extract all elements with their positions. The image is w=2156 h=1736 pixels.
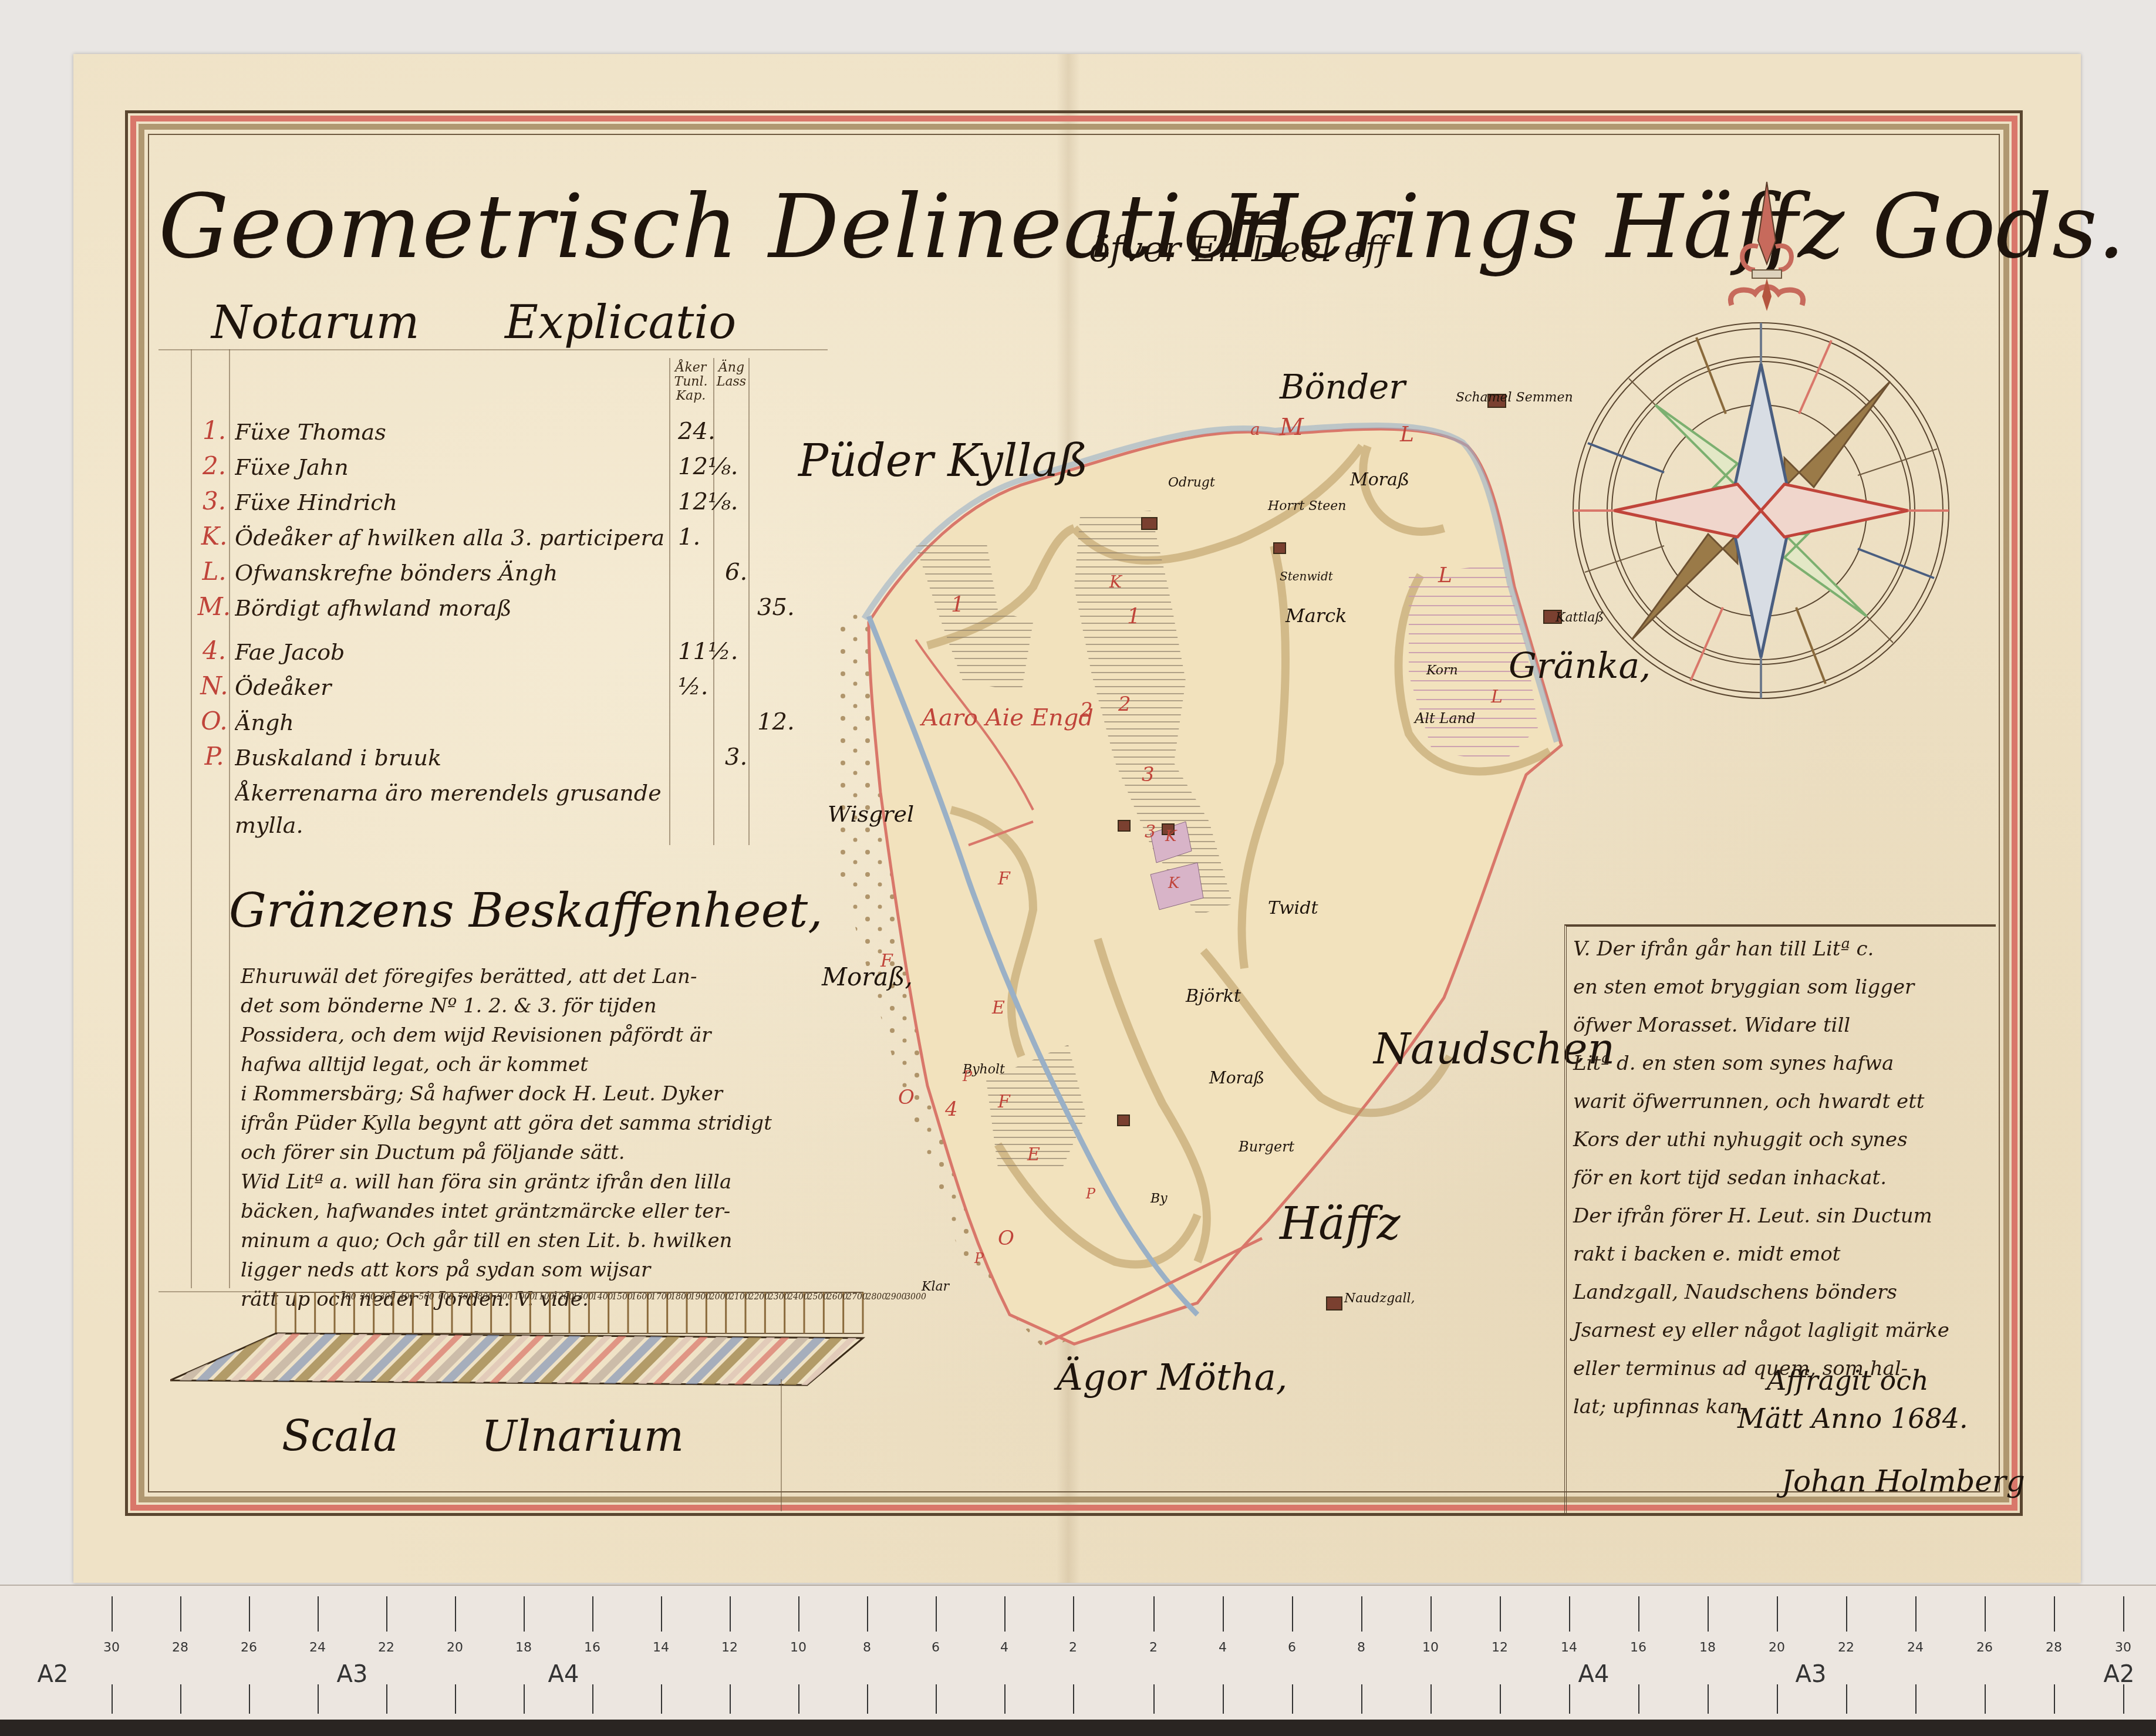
ruler-number: 12: [1492, 1640, 1508, 1655]
boundary-text-line: Ehuruwäl det föregifes berätted, att det…: [241, 962, 816, 991]
ruler-tick: [1708, 1684, 1709, 1714]
boundary-text-line: det som bönderne Nº 1. 2. & 3. för tijde…: [241, 992, 816, 1020]
scale-tick-label: 1300: [573, 1292, 594, 1302]
lot-letter: 3: [1142, 763, 1155, 786]
scale-tick-label: 1900: [690, 1292, 711, 1302]
legend-text: Ödeåker: [235, 674, 804, 700]
lot-letter: F: [998, 869, 1010, 889]
label-morass-mid: Moraß: [1209, 1068, 1264, 1087]
legend-value-ang: 3.: [725, 744, 747, 771]
scale-tick-label: 2200: [749, 1292, 770, 1302]
lot-letter: O: [898, 1086, 915, 1109]
ruler-tick: [1846, 1684, 1847, 1714]
lot-letter: K: [1165, 828, 1176, 845]
lot-letter: P: [974, 1250, 984, 1266]
boundary-description-heading: Gränzens Beskaffenheet,: [229, 883, 823, 938]
legend-key: M.: [194, 592, 235, 621]
ruler-number: 30: [2115, 1640, 2131, 1655]
notes-line: warit öfwerrunnen, och hwardt ett: [1573, 1083, 1990, 1121]
ruler-tick: [180, 1684, 181, 1714]
label-granka: Gränka,: [1509, 646, 1651, 687]
boundary-text-line: ifrån Püder Kylla begynt att göra det sa…: [241, 1109, 816, 1137]
lot-letter: 1: [951, 593, 964, 617]
legend-row: Åkerrenarna äro merendels grusande: [194, 772, 804, 806]
boundary-text-line: Possidera, och dem wijd Revisionen påför…: [241, 1021, 816, 1049]
ruler-tick: [1915, 1596, 1917, 1632]
ruler-tick: [730, 1596, 731, 1632]
legend-row: M.Bördigt afhwland moraß35.: [194, 587, 804, 621]
notes-line: Der ifrån förer H. Leut. sin Ductum: [1573, 1197, 1990, 1235]
label-morass-north: Moraß: [1350, 470, 1409, 490]
ruler-number: 6: [932, 1640, 940, 1655]
scale-tick-label: 1400: [592, 1292, 613, 1302]
lot-letter: 2: [1080, 698, 1093, 722]
label-bonder: Bönder: [1280, 367, 1405, 407]
label-burgert: Burgert: [1239, 1139, 1294, 1155]
label-puder-kyllas: Püder Kyllaß: [798, 434, 1088, 487]
ruler-tick: [798, 1596, 799, 1632]
ruler-number: 20: [447, 1640, 463, 1655]
label-twidt: Twidt: [1268, 898, 1318, 918]
signature-surveyor-name: Johan Holmberg: [1782, 1464, 2025, 1498]
ruler-tick: [524, 1596, 525, 1632]
ruler-tick: [455, 1596, 456, 1632]
ruler-number: 22: [378, 1640, 394, 1655]
lot-letter: M: [1280, 414, 1304, 441]
ruler-tick: [592, 1596, 593, 1632]
ruler-tick: [1430, 1596, 1432, 1632]
ruler-tick: [112, 1684, 113, 1714]
ruler-tick: [1915, 1684, 1917, 1714]
lot-letter: E: [992, 998, 1005, 1018]
scale-tick-label: 1500: [612, 1292, 633, 1302]
ruler-number: 26: [1976, 1640, 1993, 1655]
ruler-tick: [1292, 1596, 1293, 1632]
scale-tick-label: 100: [340, 1292, 356, 1302]
legend-row: L.Ofwanskrefne bönders Ängh6.: [194, 552, 804, 586]
legend-value-aker: ½.: [678, 673, 708, 700]
ruler-base-shadow: [0, 1720, 2156, 1736]
ruler-number: 24: [309, 1640, 326, 1655]
notes-line: V. Der ifrån går han till Litª c.: [1573, 930, 1990, 968]
scale-label-scala: Scala: [282, 1411, 399, 1461]
lot-letter: L: [1400, 423, 1414, 447]
paper-format-label: A2: [2104, 1661, 2135, 1688]
ruler-number: 14: [1561, 1640, 1577, 1655]
legend-row: K.Ödeåker af hwilken alla 3. participera…: [194, 516, 804, 550]
label-wisgrel: Wisgrel: [828, 801, 914, 827]
lot-letter: F: [998, 1092, 1010, 1112]
scale-tick-label: 1000: [514, 1292, 535, 1302]
legend-key: 2.: [194, 451, 235, 480]
ruler-tick: [1004, 1596, 1006, 1632]
ruler-tick: [1708, 1596, 1709, 1632]
legend-row: 4.Fae Jacob11½.: [194, 631, 804, 665]
lot-letter: K: [1168, 874, 1179, 892]
ruler-tick: [867, 1684, 868, 1714]
paper-format-label: A2: [38, 1661, 69, 1688]
scale-tick-label: 1100: [534, 1292, 555, 1302]
legend-key: K.: [194, 522, 235, 550]
legend-text: mylla.: [235, 812, 804, 838]
lot-letter: 1: [1127, 604, 1141, 629]
scale-label-ulnarium: Ulnarium: [481, 1411, 684, 1461]
legend-key: P.: [194, 742, 235, 771]
legend-row: 2.Füxe Jahn12⅛.: [194, 446, 804, 480]
paper-format-label: A3: [1796, 1661, 1827, 1688]
fleur-de-lis-icon: [1720, 176, 1814, 329]
signature-line-date: Mätt Anno 1684.: [1737, 1403, 1968, 1434]
legend-key: 4.: [194, 636, 235, 665]
legend-key: N.: [194, 671, 235, 700]
ruler-number: 4: [1219, 1640, 1227, 1655]
ruler-number: 26: [241, 1640, 257, 1655]
ruler-tick: [1500, 1684, 1501, 1714]
ruler-number: 28: [172, 1640, 188, 1655]
ruler-number: 2: [1149, 1640, 1158, 1655]
ruler-tick: [661, 1596, 662, 1632]
legend-value-aker: 1.: [678, 523, 700, 550]
ruler-number: 10: [1422, 1640, 1439, 1655]
ruler-tick: [2123, 1684, 2124, 1714]
ruler-number: 16: [584, 1640, 600, 1655]
legend-key: L.: [194, 557, 235, 586]
paper-format-label: A4: [548, 1661, 579, 1688]
lot-letter: O: [998, 1227, 1014, 1250]
ruler-tick: [1430, 1684, 1432, 1714]
label-odrugt: Odrugt: [1168, 475, 1215, 490]
lot-letter: 3: [1145, 822, 1156, 842]
legend-row: N.Ödeåker½.: [194, 666, 804, 700]
ruler-number: 8: [1357, 1640, 1365, 1655]
legend-value-ang: 6.: [725, 559, 747, 586]
ruler-tick: [1569, 1684, 1570, 1714]
ruler-tick: [661, 1684, 662, 1714]
label-by: By: [1150, 1191, 1168, 1206]
legend-col-header-ang: Äng Lass: [715, 361, 748, 389]
notes-line: en sten emot bryggian som ligger: [1573, 968, 1990, 1007]
legend-row: P.Buskaland i bruuk3.: [194, 737, 804, 771]
lot-letter: E: [1027, 1144, 1040, 1165]
ruler-tick: [1361, 1684, 1362, 1714]
ruler-tick: [1638, 1684, 1639, 1714]
label-agor-motha: Ägor Mötha,: [1057, 1356, 1287, 1399]
ruler-tick: [2054, 1684, 2055, 1714]
label-naudzgall: Naudzgall,: [1344, 1291, 1415, 1306]
scale-tick-label: 700: [458, 1292, 474, 1302]
ruler-tick: [1153, 1596, 1155, 1632]
legend-value-ang: 12.: [757, 708, 795, 735]
boundary-text-line: bäcken, hafwandes intet gräntzmärcke ell…: [241, 1197, 816, 1225]
legend-key: O.: [194, 707, 235, 735]
label-morass-west: Moraß,: [822, 962, 913, 991]
legend-value-aker: 11½.: [678, 638, 738, 665]
legend-column-line: [191, 349, 192, 1288]
ruler-tick: [1361, 1596, 1362, 1632]
ruler-number: 28: [2046, 1640, 2062, 1655]
paper-format-label: A3: [337, 1661, 368, 1688]
boundary-text-line: ligger neds att kors på sydan som wijsar: [241, 1256, 816, 1284]
ruler-ticks: 3028262422201816141210864224681012141618…: [0, 1585, 2156, 1720]
label-bjorkt: Björkt: [1186, 986, 1241, 1007]
label-alt-land: Alt Land: [1415, 710, 1475, 727]
lot-letter: L: [1438, 563, 1452, 587]
ruler-tick: [1292, 1684, 1293, 1714]
label-schamel-semmen: Schamel Semmen: [1456, 390, 1573, 405]
map-title-place: Herings Häffz Gods.: [1221, 176, 2125, 278]
ruler-number: 12: [721, 1640, 738, 1655]
lot-letter: 2: [1118, 693, 1131, 716]
ruler-tick: [1777, 1684, 1778, 1714]
legend-col-header-aker: Åker Tunl. Kap.: [670, 361, 711, 403]
signature-line-affragit: Affragit och: [1767, 1365, 1929, 1396]
scale-tick-label: 1200: [553, 1292, 574, 1302]
label-aro-aie-engd: Aaro Aie Engd: [922, 704, 1094, 731]
scale-tick-label: 400: [399, 1292, 415, 1302]
notes-line: Kors der uthi nyhuggit och synes: [1573, 1121, 1990, 1159]
notes-line: öfwer Morasset. Widare till: [1573, 1007, 1990, 1045]
lot-letter: a: [1250, 420, 1260, 439]
label-klar: Klar: [922, 1279, 949, 1294]
legend-text: Ofwanskrefne bönders Ängh: [235, 560, 804, 586]
label-korn: Korn: [1426, 663, 1458, 678]
notes-line: Landzgall, Naudschens bönders: [1573, 1274, 1990, 1312]
scale-tick-label: 2000: [710, 1292, 731, 1302]
ruler-tick: [936, 1684, 937, 1714]
ruler-tick: [180, 1596, 181, 1632]
legend-heading-notarum: Notarum: [211, 296, 420, 349]
ruler-tick: [386, 1684, 387, 1714]
ruler-tick: [1846, 1596, 1847, 1632]
scale-tick-label: 300: [380, 1292, 396, 1302]
scale-tick-label: 1700: [651, 1292, 672, 1302]
legend-value-aker: 12⅛.: [678, 453, 738, 480]
ruler-tick: [318, 1684, 319, 1714]
ruler-tick: [2054, 1596, 2055, 1632]
ruler-number: 18: [1699, 1640, 1716, 1655]
legend-text: Füxe Thomas: [235, 419, 804, 445]
notes-line: Jsarnest ey eller något lagligit märke: [1573, 1312, 1990, 1350]
ruler-tick: [1004, 1684, 1006, 1714]
ruler-number: 16: [1630, 1640, 1646, 1655]
ruler-number: 18: [515, 1640, 532, 1655]
scale-tick-label: 2100: [729, 1292, 750, 1302]
ruler-number: 2: [1069, 1640, 1077, 1655]
ruler-tick: [1223, 1684, 1224, 1714]
label-kattlass: Kattlaß: [1556, 610, 1604, 625]
ruler-tick: [1500, 1596, 1501, 1632]
scale-tick-label: 900: [497, 1292, 513, 1302]
lot-letter: P: [1086, 1186, 1095, 1202]
legend-row: O.Ängh12.: [194, 701, 804, 735]
legend-key: 3.: [194, 487, 235, 515]
legend-value-aker: 12⅛.: [678, 488, 738, 515]
boundary-text-line: hafwa alltijd legat, och är kommet: [241, 1051, 816, 1079]
ruler-tick: [1569, 1596, 1570, 1632]
ruler-number: 22: [1838, 1640, 1854, 1655]
legend-value-ang: 35.: [757, 594, 795, 621]
ruler-number: 14: [653, 1640, 669, 1655]
ruler-tick: [249, 1684, 250, 1714]
scale-box-line: [781, 1379, 782, 1511]
scale-tick-label: 2300: [768, 1292, 789, 1302]
ruler-number: 10: [790, 1640, 807, 1655]
ruler-tick: [1073, 1596, 1074, 1632]
ruler-tick: [2123, 1596, 2124, 1632]
ruler-number: 6: [1288, 1640, 1296, 1655]
ruler-tick: [592, 1684, 593, 1714]
ruler-tick: [318, 1596, 319, 1632]
ruler-tick: [1985, 1596, 1986, 1632]
lot-letter: K: [1109, 572, 1122, 592]
ruler-tick: [524, 1684, 525, 1714]
ruler-tick: [455, 1684, 456, 1714]
legend-text: Åkerrenarna äro merendels grusande: [235, 780, 804, 806]
notes-line: för en kort tijd sedan inhackat.: [1573, 1159, 1990, 1197]
legend-text: Ängh: [235, 710, 804, 735]
ruler-number: 20: [1769, 1640, 1785, 1655]
legend-row: 1.Füxe Thomas24.: [194, 411, 804, 445]
boundary-text-line: Wid Litª a. will han föra sin gräntz ifr…: [241, 1168, 816, 1196]
scale-tick-label: 1800: [670, 1292, 691, 1302]
boundary-text-line: i Rommersbärg; Så hafwer dock H. Leut. D…: [241, 1080, 816, 1108]
legend-heading-explicatio: Explicatio: [505, 296, 736, 349]
label-horrt-steen: Horrt Steen: [1268, 499, 1346, 514]
boundary-text-line: minum a quo; Och går till en sten Lit. b…: [241, 1227, 816, 1255]
ruler-tick: [1777, 1596, 1778, 1632]
notes-line: Litª d. en sten som synes hafwa: [1573, 1045, 1990, 1083]
ruler-tick: [867, 1596, 868, 1632]
ruler-tick: [1223, 1596, 1224, 1632]
legend-value-aker: 24.: [678, 418, 716, 445]
lot-letter: P: [963, 1068, 972, 1085]
legend-key: 1.: [194, 416, 235, 445]
ruler-number: 24: [1907, 1640, 1924, 1655]
ruler-number: 8: [863, 1640, 871, 1655]
ruler-tick: [249, 1596, 250, 1632]
legend-row: 3.Füxe Hindrich12⅛.: [194, 481, 804, 515]
legend-row: mylla.: [194, 804, 804, 838]
ruler-tick: [1638, 1596, 1639, 1632]
ruler-tick: [798, 1684, 799, 1714]
scale-tick-label: 500: [419, 1292, 434, 1302]
ruler-tick: [1073, 1684, 1074, 1714]
legend-text: Buskaland i bruuk: [235, 745, 804, 771]
lot-letter: 4: [945, 1097, 958, 1121]
ruler-tick: [730, 1684, 731, 1714]
ruler-tick: [936, 1596, 937, 1632]
scale-tick-label: 200: [360, 1292, 376, 1302]
ruler-number: 4: [1000, 1640, 1008, 1655]
ruler-tick: [112, 1596, 113, 1632]
label-marck: Marck: [1285, 604, 1347, 627]
scale-tick-label: 600: [438, 1292, 454, 1302]
notes-line: rakt i backen e. midt emot: [1573, 1235, 1990, 1274]
ruler-number: 30: [103, 1640, 120, 1655]
lot-letter: L: [1491, 687, 1503, 707]
ruler-tick: [1985, 1684, 1986, 1714]
boundary-text-line: och förer sin Ductum på följande sätt.: [241, 1139, 816, 1167]
legend-text: Bördigt afhwland moraß: [235, 595, 804, 621]
ruler-tick: [1153, 1684, 1155, 1714]
lot-letter: F: [880, 951, 893, 971]
scale-tick-label: 1600: [632, 1292, 653, 1302]
legend-text: Ödeåker af hwilken alla 3. participera: [235, 525, 804, 550]
scale-tick-label: 800: [477, 1292, 493, 1302]
ruler-tick: [386, 1596, 387, 1632]
label-stenwidt: Stenwidt: [1280, 569, 1333, 583]
paper-format-label: A4: [1578, 1661, 1610, 1688]
legend-rule: [158, 349, 828, 350]
label-haffz: Häffz: [1280, 1197, 1400, 1249]
